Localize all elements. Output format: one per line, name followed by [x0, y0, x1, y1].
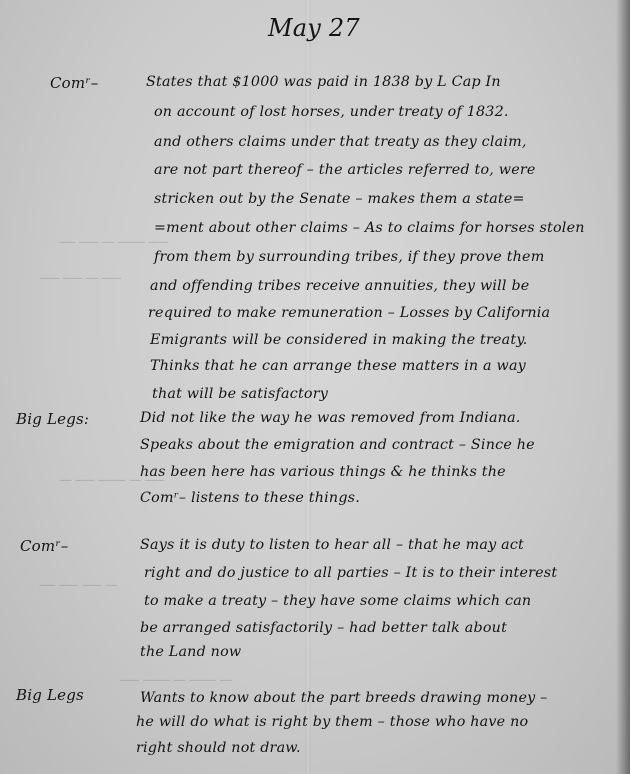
- text-line: Comʳ– listens to these things.: [140, 490, 360, 506]
- text-line: from them by surrounding tribes, if they…: [154, 249, 544, 265]
- text-line: Speaks about the emigration and contract…: [140, 437, 535, 453]
- text-line: the Land now: [140, 644, 241, 660]
- text-line: to make a treaty – they have some claims…: [144, 593, 531, 609]
- speaker-label: Comʳ–: [50, 74, 98, 92]
- text-line: Says it is duty to listen to hear all – …: [140, 537, 524, 553]
- text-line: are not part thereof – the articles refe…: [154, 162, 536, 178]
- text-line: that will be satisfactory: [152, 386, 328, 402]
- bleed-through-text: ــــ ـــــ ـــــ ـــ: [40, 575, 117, 590]
- text-line: right should not draw.: [136, 740, 301, 756]
- manuscript-page: ــــ ـــــ ـــ ـــــــ ـــــ ـــــ ـــــ…: [0, 0, 630, 774]
- text-line: States that $1000 was paid in 1838 by L …: [146, 74, 501, 90]
- bleed-through-text: ـــــ ـــــ ـــ ـــــ: [40, 268, 121, 283]
- speaker-label: Big Legs: [16, 686, 84, 704]
- text-line: right and do justice to all parties – It…: [144, 565, 557, 581]
- text-line: and others claims under that treaty as t…: [154, 134, 527, 150]
- text-line: has been here has various things & he th…: [140, 464, 506, 480]
- page-edge-shadow: [616, 0, 630, 774]
- date-heading: May 27: [268, 14, 360, 42]
- speaker-label: Big Legs:: [16, 410, 89, 428]
- text-line: stricken out by the Senate – makes them …: [154, 191, 525, 207]
- bleed-through-text: ـــــ ـــــــ ـــ ـــــــ ـــ: [120, 670, 232, 685]
- text-line: =ment about other claims – As to claims …: [154, 220, 585, 236]
- text-line: Wants to know about the part breeds draw…: [140, 690, 547, 706]
- bleed-through-text: ــــ ـــــ ـــ ـــــــ ـــــ: [60, 232, 168, 247]
- text-line: he will do what is right by them – those…: [136, 714, 528, 730]
- text-line: Did not like the way he was removed from…: [140, 410, 521, 426]
- text-line: and offending tribes receive annuities, …: [150, 278, 529, 294]
- text-line: required to make remuneration – Losses b…: [148, 305, 550, 321]
- text-line: on account of lost horses, under treaty …: [154, 104, 509, 120]
- speaker-label: Comʳ–: [20, 537, 68, 555]
- text-line: Thinks that he can arrange these matters…: [150, 358, 526, 374]
- text-line: Emigrants will be considered in making t…: [150, 332, 527, 348]
- text-line: be arranged satisfactorily – had better …: [140, 620, 507, 636]
